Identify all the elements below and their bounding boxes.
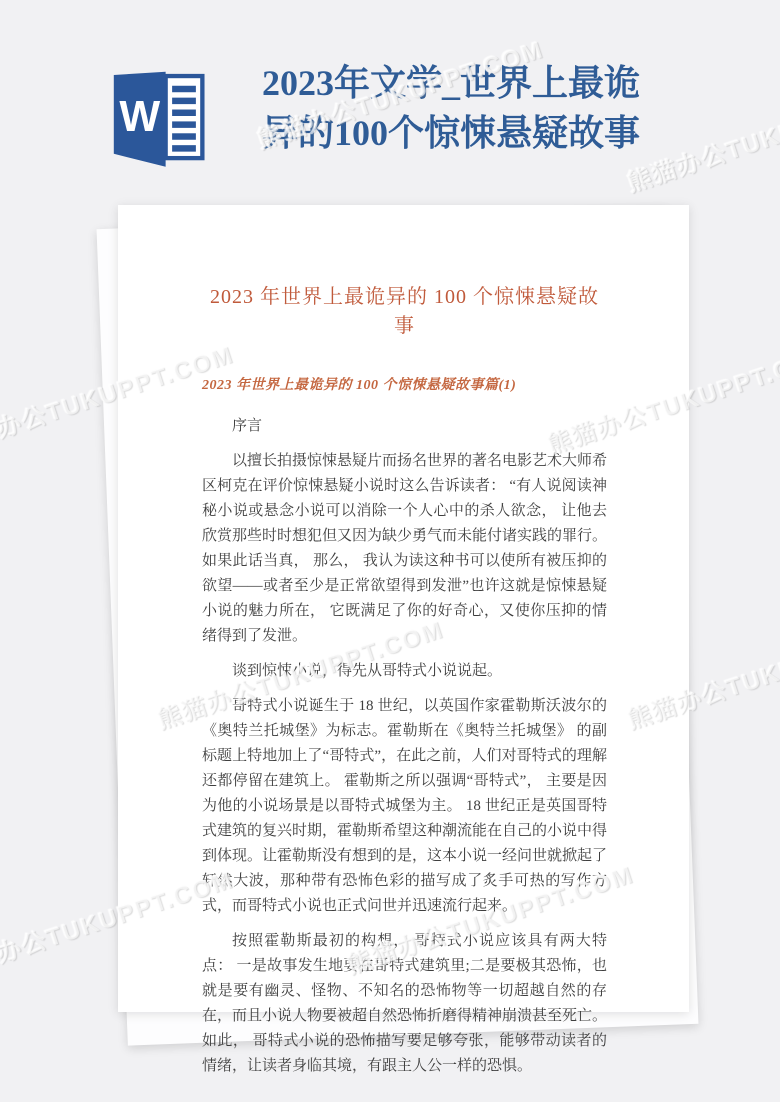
page-title: 2023年文学_世界上最诡异的100个惊悚悬疑故事 <box>262 58 664 158</box>
svg-text:W: W <box>119 93 160 141</box>
document-subtitle: 2023 年世界上最诡异的 100 个惊悚悬疑故事篇(1) <box>202 374 607 394</box>
document-title: 2023 年世界上最诡异的 100 个惊悚悬疑故事 <box>202 280 607 338</box>
word-icon-graphic: W <box>103 62 211 170</box>
word-file-icon: W <box>103 62 211 170</box>
document-paragraph: 谈到惊悚小说，得先从哥特式小说说起。 <box>202 659 607 684</box>
preview-page: { "header": { "file_type": "word-documen… <box>0 0 780 1102</box>
document-body: 序言以擅长拍摄惊悚悬疑片而扬名世界的著名电影艺术大师希区柯克在评价惊悚悬疑小说时… <box>202 414 607 1079</box>
document-paragraph: 哥特式小说诞生于 18 世纪，以英国作家霍勒斯沃波尔的《奥特兰托城堡》为标志。霍… <box>202 694 607 919</box>
document-paragraph: 按照霍勒斯最初的构想， 哥特式小说应该具有两大特点： 一是故事发生地要在哥特式建… <box>202 929 607 1079</box>
document-paragraph: 序言 <box>202 414 607 439</box>
document-paragraph: 以擅长拍摄惊悚悬疑片而扬名世界的著名电影艺术大师希区柯克在评价惊悚悬疑小说时这么… <box>202 449 607 649</box>
document-page: 2023 年世界上最诡异的 100 个惊悚悬疑故事 2023 年世界上最诡异的 … <box>118 205 689 1012</box>
